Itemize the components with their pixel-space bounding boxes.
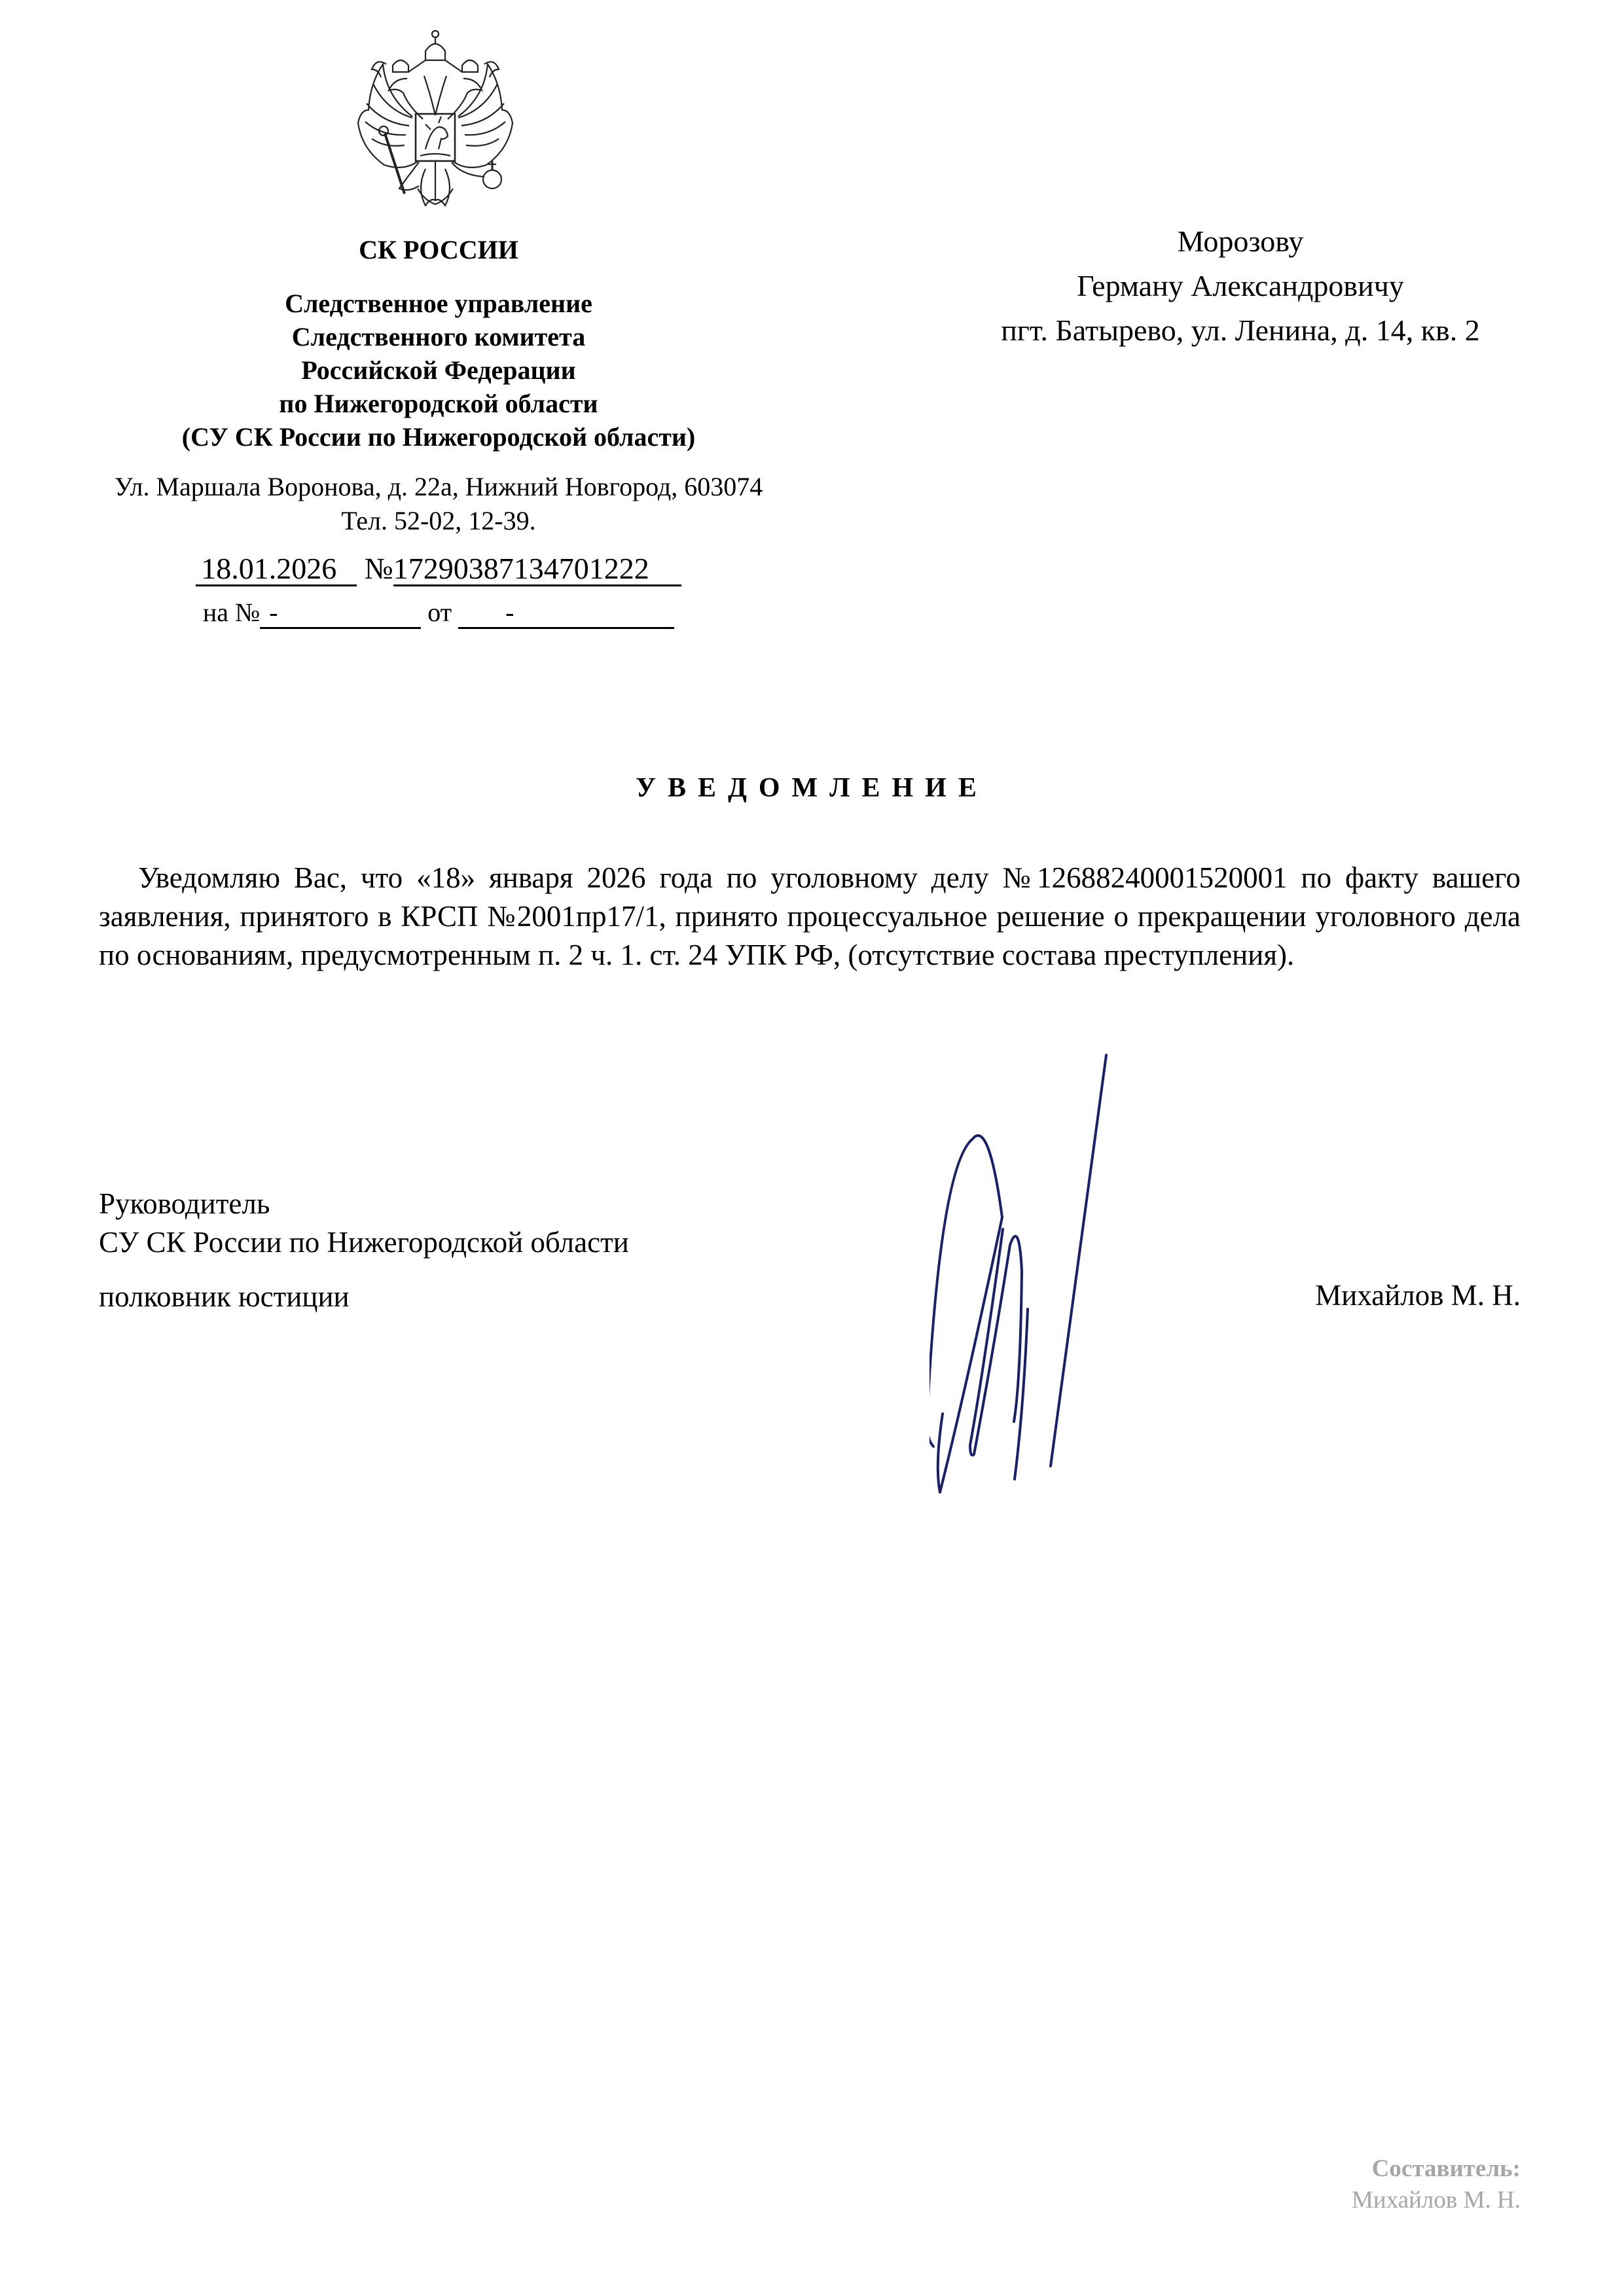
- registration-date: 18.01.2026: [196, 553, 357, 586]
- signatory-position-line: Руководитель: [99, 1185, 629, 1223]
- agency-address: Ул. Маршала Воронова, д. 22а, Нижний Нов…: [65, 470, 812, 504]
- number-sign: №: [365, 552, 393, 585]
- reference-from-label: от: [427, 598, 452, 627]
- agency-name-line: по Нижегородской области: [65, 387, 812, 420]
- recipient-address: пгт. Батырево, ул. Ленина, д. 14, кв. 2: [903, 308, 1578, 353]
- registration-number: 17290387134701222: [393, 553, 681, 586]
- signatory-position-line: СУ СК России по Нижегородской области: [99, 1223, 629, 1262]
- registration-line: 18.01.2026 №17290387134701222: [65, 551, 812, 586]
- signatory-name: Михайлов М. Н.: [1315, 1278, 1521, 1312]
- document-body: Уведомляю Вас, что «18» января 2026 года…: [99, 859, 1521, 975]
- compiler-label: Составитель:: [1352, 2153, 1521, 2185]
- agency-name-line: Российской Федерации: [65, 353, 812, 387]
- document-title: УВЕДОМЛЕНИЕ: [0, 772, 1624, 804]
- agency-full-name: Следственное управление Следственного ко…: [65, 287, 812, 454]
- russian-coat-of-arms-icon: [347, 25, 524, 211]
- handwritten-signature: [929, 1047, 1119, 1505]
- recipient-surname: Морозову: [903, 219, 1578, 264]
- recipient-block: Морозову Герману Александровичу пгт. Бат…: [903, 219, 1578, 353]
- agency-phone: Тел. 52-02, 12-39.: [65, 504, 812, 538]
- signatory-rank: полковник юстиции: [99, 1278, 629, 1316]
- reference-date: -: [458, 598, 674, 629]
- reference-prefix: на №: [203, 598, 260, 627]
- recipient-name: Герману Александровичу: [903, 264, 1578, 308]
- signatory-position: Руководитель СУ СК России по Нижегородск…: [99, 1185, 629, 1316]
- agency-short-name: СК РОССИИ: [65, 234, 812, 265]
- agency-name-line: (СУ СК России по Нижегородской области): [65, 420, 812, 454]
- agency-name-line: Следственного комитета: [65, 320, 812, 353]
- agency-contacts: Ул. Маршала Воронова, д. 22а, Нижний Нов…: [65, 470, 812, 538]
- reference-number: -: [260, 598, 421, 629]
- reference-line: на №- от -: [65, 597, 812, 629]
- compiler-note: Составитель: Михайлов М. Н.: [1352, 2153, 1521, 2216]
- compiler-name: Михайлов М. Н.: [1352, 2185, 1521, 2216]
- agency-name-line: Следственное управление: [65, 287, 812, 320]
